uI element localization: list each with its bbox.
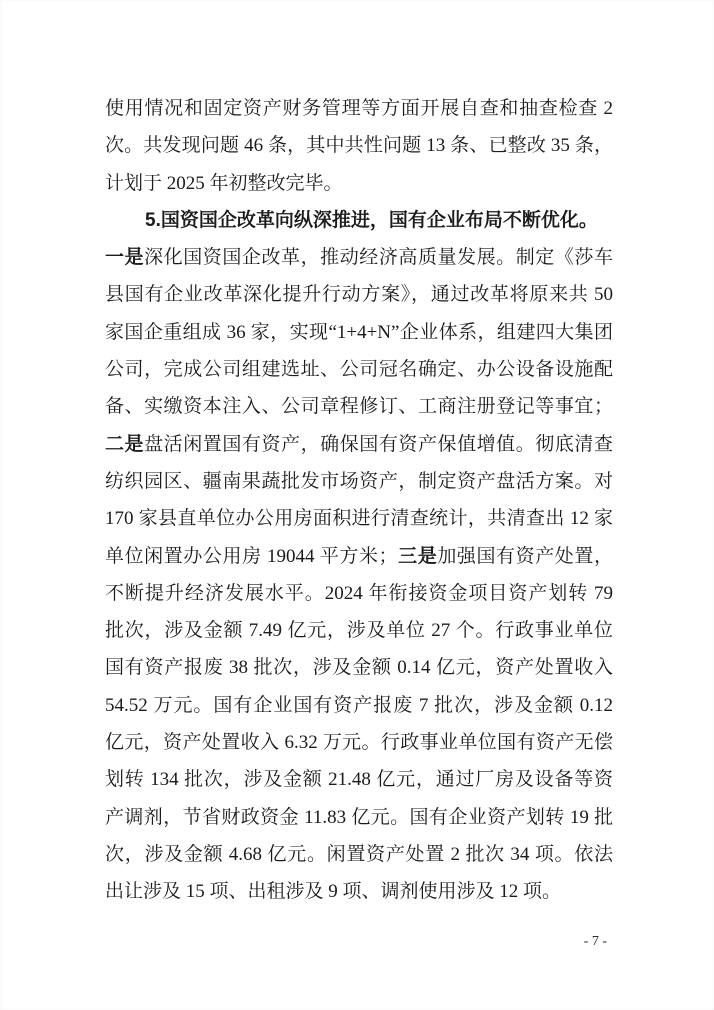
text-line: 国有资产报废 38 批次，涉及金额 0.14 亿元，资产处置收入 — [105, 649, 613, 686]
text-run: 不断提升经济发展水平。2024 年衔接资金项目资产划转 79 — [105, 583, 613, 604]
page-number: - 7 - — [584, 931, 607, 953]
text-run: 产调剂，节省财政资金 11.83 亿元。国有企业资产划转 19 批 — [105, 807, 613, 828]
text-run: 170 家县直单位办公用房面积进行清查统计，共清查出 12 家 — [105, 508, 613, 529]
text-run: 备、实缴资本注入、公司章程修订、工商注册登记等事宜； — [105, 396, 613, 417]
text-line: 次，涉及金额 4.68 亿元。闲置资产处置 2 批次 34 项。依法 — [105, 836, 613, 873]
text-run: 计划于 2025 年初整改完毕。 — [105, 173, 343, 194]
text-line: 使用情况和固定资产财务管理等方面开展自查和抽查检查 2 — [105, 90, 613, 127]
text-run: 划转 134 批次，涉及金额 21.48 亿元，通过厂房及设备等资 — [105, 769, 613, 790]
text-line: 二是盘活闲置国有资产，确保国有资产保值增值。彻底清查 — [105, 426, 613, 463]
text-line: 批次，涉及金额 7.49 亿元，涉及单位 27 个。行政事业单位 — [105, 612, 613, 649]
text-run: 家国企重组成 36 家，实现“1+4+N”企业体系，组建四大集团 — [105, 322, 613, 343]
text-run: 盘活闲置国有资产，确保国有资产保值增值。彻底清查 — [144, 434, 613, 455]
text-line: 不断提升经济发展水平。2024 年衔接资金项目资产划转 79 — [105, 575, 613, 612]
bold-text-run: 一是 — [105, 247, 144, 268]
text-line: 亿元，资产处置收入 6.32 万元。行政事业单位国有资产无偿 — [105, 724, 613, 761]
bold-text-run: 三是 — [398, 546, 438, 567]
text-run: 单位闲置办公用房 19044 平方米； — [105, 546, 398, 567]
text-line: 170 家县直单位办公用房面积进行清查统计，共清查出 12 家 — [105, 500, 613, 537]
text-line: 划转 134 批次，涉及金额 21.48 亿元，通过厂房及设备等资 — [105, 761, 613, 798]
text-run: 加强国有资产处置， — [437, 546, 613, 567]
text-line: 纺织园区、疆南果蔬批发市场资产，制定资产盘活方案。对 — [105, 463, 613, 500]
text-run: 公司，完成公司组建选址、公司冠名确定、办公设备设施配 — [105, 359, 613, 380]
text-line: 家国企重组成 36 家，实现“1+4+N”企业体系，组建四大集团 — [105, 314, 613, 351]
bold-text-run: 5.国资国企改革向纵深推进，国有企业布局不断优化。 — [145, 210, 598, 231]
document-body: 使用情况和固定资产财务管理等方面开展自查和抽查检查 2次。共发现问题 46 条，… — [105, 90, 613, 911]
text-run: 54.52 万元。国有企业国有资产报废 7 批次，涉及金额 0.12 — [105, 695, 613, 716]
bold-text-run: 二是 — [105, 434, 144, 455]
text-run: 深化国资国企改革，推动经济高质量发展。制定《莎车 — [144, 247, 613, 268]
text-run: 次。共发现问题 46 条，其中共性问题 13 条、已整改 35 条， — [105, 135, 613, 156]
text-line: 一是深化国资国企改革，推动经济高质量发展。制定《莎车 — [105, 239, 613, 276]
text-run: 纺织园区、疆南果蔬批发市场资产，制定资产盘活方案。对 — [105, 471, 613, 492]
text-run: 亿元，资产处置收入 6.32 万元。行政事业单位国有资产无偿 — [105, 732, 613, 753]
text-line: 公司，完成公司组建选址、公司冠名确定、办公设备设施配 — [105, 351, 613, 388]
text-line: 备、实缴资本注入、公司章程修订、工商注册登记等事宜； — [105, 388, 613, 425]
text-run: 国有资产报废 38 批次，涉及金额 0.14 亿元，资产处置收入 — [105, 657, 613, 678]
text-run: 使用情况和固定资产财务管理等方面开展自查和抽查检查 2 — [105, 98, 613, 119]
text-line: 产调剂，节省财政资金 11.83 亿元。国有企业资产划转 19 批 — [105, 799, 613, 836]
text-line: 次。共发现问题 46 条，其中共性问题 13 条、已整改 35 条， — [105, 127, 613, 164]
document-page: 使用情况和固定资产财务管理等方面开展自查和抽查检查 2次。共发现问题 46 条，… — [0, 0, 714, 1010]
heading-line: 5.国资国企改革向纵深推进，国有企业布局不断优化。 — [105, 202, 613, 239]
text-line: 单位闲置办公用房 19044 平方米；三是加强国有资产处置， — [105, 538, 613, 575]
text-run: 出让涉及 15 项、出租涉及 9 项、调剂使用涉及 12 项。 — [105, 881, 561, 902]
text-run: 次，涉及金额 4.68 亿元。闲置资产处置 2 批次 34 项。依法 — [105, 844, 613, 865]
text-line: 县国有企业改革深化提升行动方案》，通过改革将原来共 50 — [105, 276, 613, 313]
text-line: 出让涉及 15 项、出租涉及 9 项、调剂使用涉及 12 项。 — [105, 873, 613, 910]
text-run: 批次，涉及金额 7.49 亿元，涉及单位 27 个。行政事业单位 — [105, 620, 613, 641]
text-line: 54.52 万元。国有企业国有资产报废 7 批次，涉及金额 0.12 — [105, 687, 613, 724]
text-line: 计划于 2025 年初整改完毕。 — [105, 165, 613, 202]
text-run: 县国有企业改革深化提升行动方案》，通过改革将原来共 50 — [105, 284, 613, 305]
